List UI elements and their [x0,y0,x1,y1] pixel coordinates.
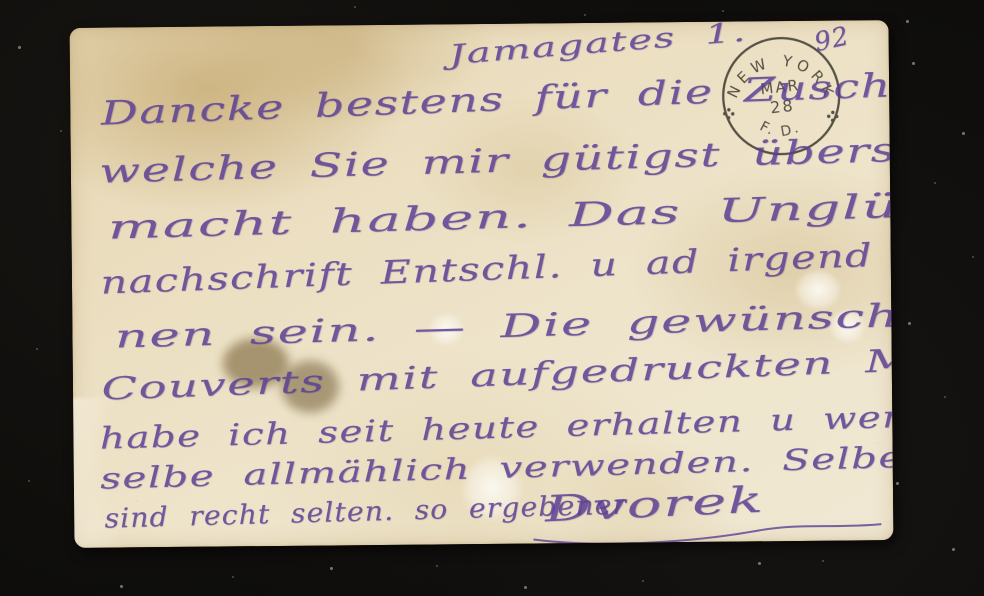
dust-speck-icon [822,560,824,562]
dust-speck-icon [330,567,333,570]
dust-speck-icon [876,442,878,444]
dust-speck-icon [172,152,175,155]
dust-speck-icon [952,548,955,551]
dust-speck-icon [436,565,438,567]
dust-speck-icon [972,256,974,258]
dust-speck-icon [18,46,21,49]
dust-speck-icon [944,396,946,398]
dust-speck-icon [722,10,724,12]
dust-speck-icon [136,500,138,502]
dust-speck-icon [912,62,915,65]
dust-speck-icon [896,482,899,485]
dust-speck-icon [642,580,644,582]
handwriting-line: welche Sie mir gütigst übers s [99,129,894,191]
dust-speck-icon [28,480,30,482]
dust-speck-icon [36,348,38,350]
dust-speck-icon [908,322,911,325]
dust-speck-icon [584,14,586,16]
dust-speck-icon [354,6,356,8]
dust-speck-icon [232,576,234,578]
signature-flourish [529,512,889,548]
dust-speck-icon [120,585,123,588]
dust-speck-icon [934,182,936,184]
dust-speck-icon [758,562,761,565]
dust-speck-icon [524,586,527,589]
dust-speck-icon [962,132,965,135]
postcard: NEW YORK MAR 28 F. D. [70,20,894,548]
dust-speck-icon [906,20,909,23]
dust-speck-icon [178,332,181,335]
dust-speck-icon [60,130,62,132]
handwriting-line: macht haben. Das Unglück muß [107,180,893,247]
scanner-background: NEW YORK MAR 28 F. D. [0,0,984,596]
handwriting-line: nen sein. — Die gewünschten [114,294,893,356]
